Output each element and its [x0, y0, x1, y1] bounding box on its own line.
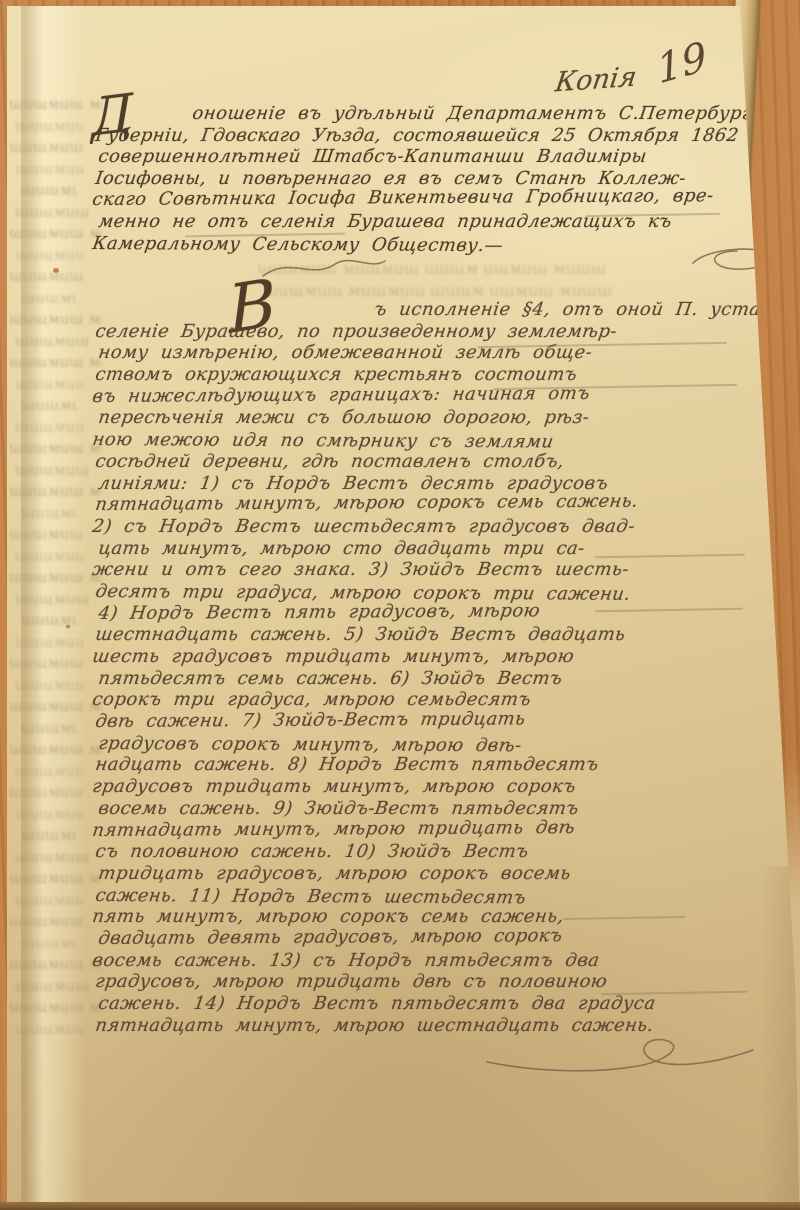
bleedthrough-line: шишмиш мишмиш шишм ишмиш мишш [9, 782, 90, 804]
bleedthrough-line: шишмиш мишмиш шишм ишмиш мишш [9, 137, 90, 159]
bleedthrough-line: шишмиш мишмиш шишм ишмиш мишш [14, 589, 96, 611]
bleedthrough-line: шишмиш мишмиш шишм ишмиш мишш [9, 352, 103, 374]
bleedthrough-line: шишмиш мишмиш шишм ишмиш мишш [14, 417, 84, 439]
manuscript-line: совершеннолѣтней Штабсъ-Капитанши Владим… [97, 146, 759, 168]
bleedthrough-line: шишмиш мишмиш шишм ишмиш мишш [14, 1019, 84, 1041]
bleedthrough-line: шишмиш мишмиш шишм ишмиш мишш [20, 503, 79, 525]
manuscript-line: надцать сажень. 8) Нордъ Вестъ пятьдесят… [94, 754, 759, 776]
bleedthrough-line: шишмиш мишмиш шишм ишмиш мишш [14, 890, 84, 912]
bleedthrough-line: шишмиш мишмиш шишм ишмиш мишш [20, 288, 79, 310]
bleedthrough-line: шишмиш мишмиш шишм ишмиш мишш [14, 761, 84, 783]
photo-background: шишмиш мишмиш шишм ишмиш мишшшишмиш мишм… [0, 0, 800, 1210]
bleedthrough-line: шишмиш мишмиш шишм ишмиш мишш [9, 739, 103, 761]
copy-label: Копія [553, 61, 638, 98]
manuscript-line: пятнадцать минутъ, мѣрою тридцать двѣ [91, 815, 759, 841]
copy-number: 19 [654, 33, 709, 93]
bleedthrough-line: шишмиш мишмиш шишм ишмиш мишш [14, 116, 84, 138]
manuscript-page: шишмиш мишмиш шишм ишмиш мишшшишмиш мишм… [7, 6, 800, 1204]
manuscript-line: сосѣдней деревни, гдѣ поставленъ столбъ, [94, 451, 759, 473]
manuscript-line: градусовъ тридцать минутъ, мѣрою сорокъ [91, 776, 759, 798]
bleedthrough-line: шишмиш мишмиш шишм ишмиш мишш [9, 954, 103, 976]
bleedthrough-line: шишмиш мишмиш шишм ишмиш мишш [14, 632, 84, 654]
flourish-divider [259, 252, 389, 284]
bleedthrough-line: шишмиш мишмиш шишм ишмиш мишш [14, 374, 84, 396]
bleedthrough-line: шишмиш мишмиш шишм ишмиш мишш [20, 180, 79, 202]
manuscript-line: шесть градусовъ тридцать минутъ, мѣрою [91, 646, 759, 668]
bleedthrough-line: шишмиш мишмиш шишм ишмиш мишш [9, 266, 90, 288]
manuscript-line: скаго Совѣтника Іосифа Викентьевича Гроб… [91, 185, 759, 211]
manuscript-line: тридцать градусовъ, мѣрою сорокъ восемь [97, 863, 759, 885]
manuscript-line: селеніе Бурашево, по произведенному земл… [94, 321, 759, 343]
survey-paragraph: ъ исполненіе §4, отъ оной П. уставной гр… [91, 299, 756, 1036]
bleedthrough-line: шишмиш мишмиш шишм ишмиш мишш [14, 675, 84, 697]
manuscript-line: двадцать девять градусовъ, мѣрою сорокъ [97, 924, 759, 950]
closing-flourish [485, 1028, 757, 1076]
manuscript-line: сажень. 14) Нордъ Вестъ пятьдесятъ два г… [97, 993, 759, 1015]
bleedthrough-line: шишмиш мишмиш шишм ишмиш мишш [20, 610, 79, 632]
manuscript-line: пятьдесятъ семь сажень. 6) Зюйдъ Вестъ [97, 668, 759, 690]
bleedthrough-line: шишмиш мишмиш шишм ишмиш мишш [20, 718, 79, 740]
manuscript-line: 4) Нордъ Вестъ пять градусовъ, мѣрою [97, 599, 759, 625]
bleedthrough-line: шишмиш мишмиш шишм ишмиш мишш [9, 696, 103, 718]
bleedthrough-line: шишмиш мишмиш шишм ишмиш мишш [14, 245, 84, 267]
manuscript-line: съ половиною сажень. 10) Зюйдъ Вестъ [94, 841, 759, 863]
bleedthrough-line: шишмиш мишмиш шишм ишмиш мишш [20, 933, 79, 955]
bleedthrough-line: шишмиш мишмиш шишм ишмиш мишш [9, 567, 103, 589]
bleedthrough-line: шишмиш мишмиш шишм ишмиш мишш [9, 911, 90, 933]
bleedthrough-line: шишмиш мишмиш шишм ишмиш мишш [14, 976, 96, 998]
manuscript-line: градусовъ, мѣрою тридцать двѣ съ половин… [94, 971, 759, 993]
manuscript-line: шестнадцать сажень. 5) Зюйдъ Вестъ двадц… [94, 624, 759, 646]
manuscript-line: пересѣченія межи съ большою дорогою, рѣз… [97, 407, 759, 429]
bleedthrough-line: шишмиш мишмиш шишм ишмиш мишш [9, 481, 103, 503]
manuscript-line: ному измѣренію, обмежеванной землѣ обще- [97, 342, 759, 364]
bleedthrough-line: шишмиш мишмиш шишм ишмиш мишш [9, 524, 90, 546]
bleedthrough-line: шишмиш мишмиш шишм ишмиш мишш [14, 546, 84, 568]
bleedthrough-line: шишмиш мишмиш шишм ишмиш мишш [14, 159, 84, 181]
manuscript-line: ъ исполненіе §4, отъ оной П. уставной гр… [91, 299, 759, 321]
bleedthrough-line: шишмиш мишмиш шишм ишмиш мишш [14, 804, 84, 826]
bleedthrough-line: шишмиш мишмиш шишм ишмиш мишш [14, 847, 96, 869]
opening-paragraph: оношеніе въ удѣльный Департаментъ С.Пете… [91, 103, 756, 254]
manuscript-line: 2) съ Нордъ Вестъ шестьдесятъ градусовъ … [91, 516, 759, 538]
manuscript-line: Губерніи, Гдовскаго Уѣзда, состоявшейся … [94, 125, 759, 147]
ink-bleedthrough-column: шишмиш мишмиш шишм ишмиш мишшшишмиш мишм… [9, 94, 103, 1054]
bleedthrough-line: шишмиш мишмиш шишм ишмиш мишш [14, 331, 96, 353]
manuscript-line: восемь сажень. 13) съ Нордъ пятьдесятъ д… [91, 950, 759, 972]
bleedthrough-line: шишмиш мишмиш шишм ишмиш мишш [9, 309, 103, 331]
manuscript-line: пятнадцать минутъ, мѣрою сорокъ семь саж… [94, 490, 759, 516]
bleedthrough-line: шишмиш мишмиш шишм ишмиш мишш [20, 825, 79, 847]
bleedthrough-line: шишмиш мишмиш шишм ишмиш мишш [9, 653, 90, 675]
bleedthrough-line: шишмиш мишмиш шишм ишмиш мишш [14, 460, 96, 482]
bleedthrough-line: шишмиш мишмиш шишм ишмиш мишш [20, 395, 79, 417]
bleedthrough-line: шишмиш мишмиш шишм ишмиш мишш [9, 438, 103, 460]
bleedthrough-line: шишмиш мишмиш шишм ишмиш мишш [9, 94, 103, 116]
bleedthrough-line: шишмиш мишмиш шишм ишмиш мишш [9, 223, 103, 245]
photo-bottom-edge [0, 1202, 800, 1210]
copy-heading: Копія 19 [554, 45, 710, 102]
manuscript-line: двѣ сажени. 7) Зюйдъ-Вестъ тридцать [94, 707, 759, 733]
manuscript-line: жени и отъ сего знака. 3) Зюйдъ Вестъ ше… [91, 559, 759, 581]
bleedthrough-line: шишмиш мишмиш шишм ишмиш мишш [14, 202, 96, 224]
bleedthrough-line: шишмиш мишмиш шишм ишмиш мишш [9, 868, 103, 890]
bleedthrough-line: шишмиш мишмиш шишм ишмиш мишш [9, 997, 103, 1019]
manuscript-line: оношеніе въ удѣльный Департаментъ С.Пете… [91, 103, 759, 125]
